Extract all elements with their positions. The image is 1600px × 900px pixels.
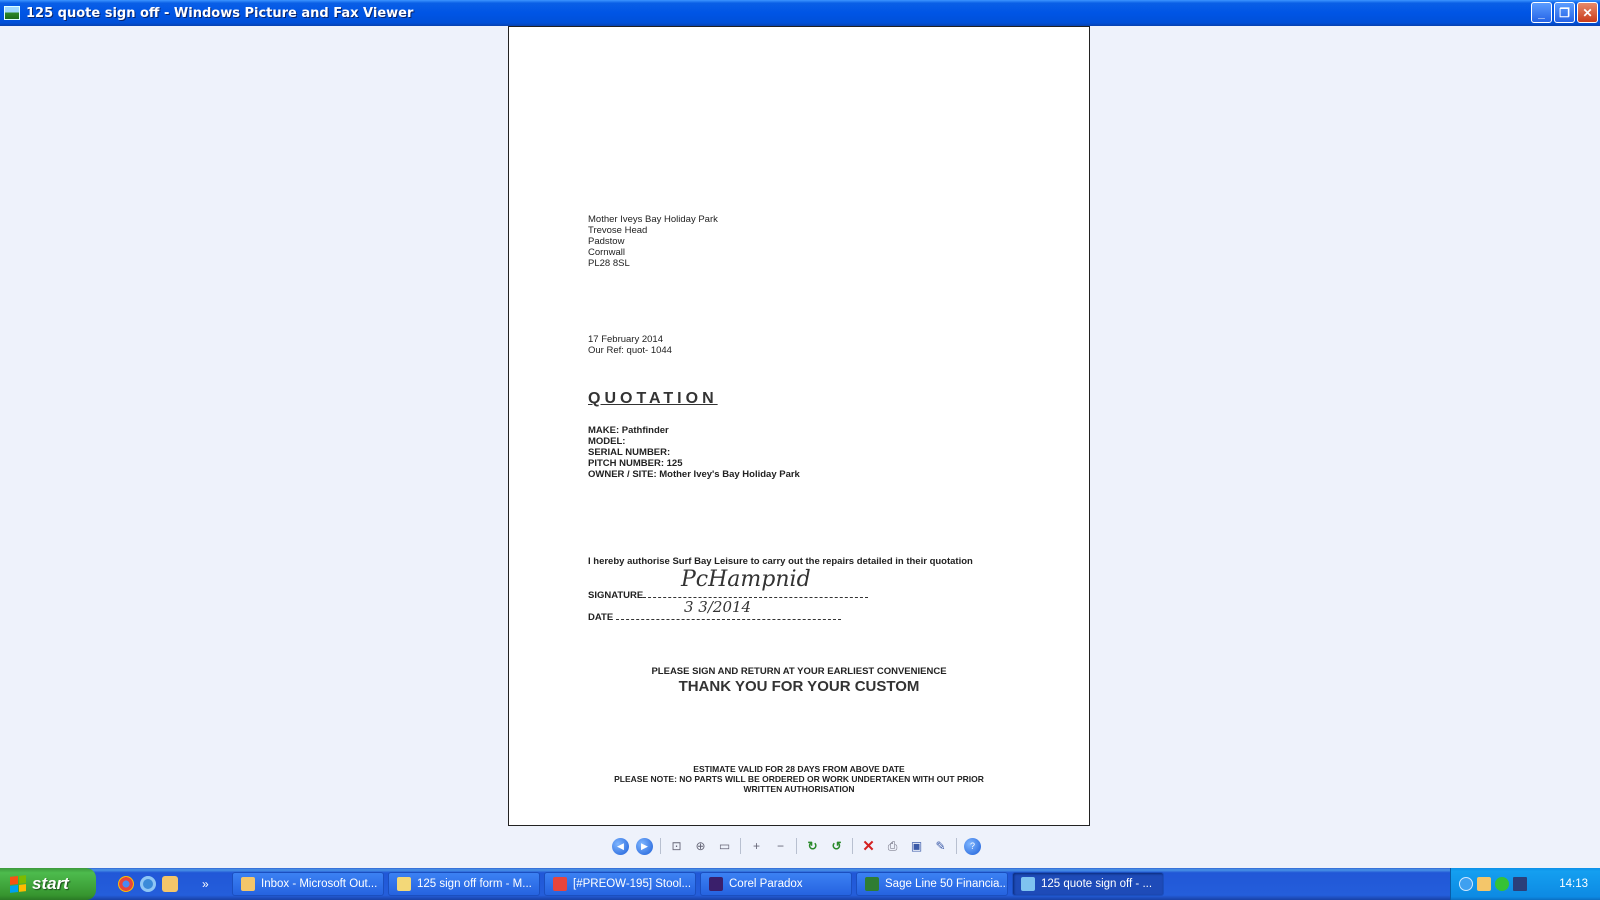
open-for-editing-button[interactable]: ✎	[932, 838, 949, 855]
please-sign-text: PLEASE SIGN AND RETURN AT YOUR EARLIEST …	[509, 666, 1089, 677]
address-line: Mother Iveys Bay Holiday Park	[588, 214, 718, 225]
title-bar[interactable]: 125 quote sign off - Windows Picture and…	[0, 0, 1600, 26]
quotation-heading: QUOTATION	[588, 390, 718, 408]
footer-line: WRITTEN AUTHORISATION	[509, 784, 1089, 794]
previous-image-button[interactable]: ◀	[612, 838, 629, 855]
task-buttons: Inbox - Microsoft Out...125 sign off for…	[232, 872, 1164, 896]
address-line: Trevose Head	[588, 225, 718, 236]
quotation-field: MAKE: Pathfinder	[588, 425, 800, 436]
handwritten-signature: PcHampnid	[681, 567, 811, 592]
slideshow-icon: ▭	[719, 839, 730, 853]
save-icon: ▣	[911, 839, 922, 853]
internet-explorer-icon[interactable]	[140, 876, 156, 892]
quotation-field: MODEL:	[588, 436, 800, 447]
save-copy-button[interactable]: ▣	[908, 838, 925, 855]
outlook-icon[interactable]	[162, 876, 178, 892]
signature-label: SIGNATURE	[588, 590, 643, 601]
quotation-fields: MAKE: PathfinderMODEL:SERIAL NUMBER:PITC…	[588, 425, 800, 480]
toolbar-separator	[956, 838, 957, 854]
monitor-icon[interactable]	[1513, 877, 1527, 891]
rotate-counterclockwise-icon: ↺	[831, 839, 841, 853]
outlook-tray-icon[interactable]	[1477, 877, 1491, 891]
zoom-out-icon: −	[777, 839, 784, 853]
quotation-field: OWNER / SITE: Mother Ivey's Bay Holiday …	[588, 469, 800, 480]
taskbar-button[interactable]: 125 quote sign off - ...	[1012, 872, 1164, 896]
quotation-field: PITCH NUMBER: 125	[588, 458, 800, 469]
close-icon: ✕	[1582, 6, 1592, 20]
recipient-address: Mother Iveys Bay Holiday ParkTrevose Hea…	[588, 214, 718, 269]
chrome-icon[interactable]	[118, 876, 134, 892]
taskbar-button-label: Sage Line 50 Financia...	[885, 878, 1008, 890]
toolbar-separator	[852, 838, 853, 854]
minimize-button[interactable]: _	[1531, 2, 1552, 23]
corel-paradox-icon	[709, 877, 723, 891]
address-line: PL28 8SL	[588, 258, 718, 269]
address-line: Padstow	[588, 236, 718, 247]
authorisation-text: I hereby authorise Surf Bay Leisure to c…	[588, 556, 973, 567]
help-icon: ?	[970, 841, 975, 851]
restore-button[interactable]: ❐	[1554, 2, 1575, 23]
picture-viewer-icon	[1021, 877, 1035, 891]
chrome-icon	[553, 877, 567, 891]
best-fit-button[interactable]: ⊡	[668, 838, 685, 855]
next-icon: ▶	[641, 841, 648, 852]
zoom-in-button[interactable]: +	[748, 838, 765, 855]
thank-you-text: THANK YOU FOR YOUR CUSTOM	[509, 678, 1089, 695]
sage-icon	[865, 877, 879, 891]
rotate-clockwise-button[interactable]: ↻	[804, 838, 821, 855]
print-icon: ⎙	[888, 839, 898, 854]
taskbar-button[interactable]: Sage Line 50 Financia...	[856, 872, 1008, 896]
zoom-in-icon: +	[753, 839, 760, 853]
restore-icon: ❐	[1559, 6, 1570, 20]
date-reference: 17 February 2014 Our Ref: quot- 1044	[588, 334, 672, 356]
delete-icon: ✕	[862, 837, 875, 855]
picture-viewer-window: 125 quote sign off - Windows Picture and…	[0, 0, 1600, 868]
rotate-clockwise-icon: ↻	[807, 839, 817, 853]
actual-size-icon: ⊕	[695, 839, 705, 853]
footer-line: ESTIMATE VALID FOR 28 DAYS FROM ABOVE DA…	[509, 764, 1089, 774]
taskbar-button[interactable]: Inbox - Microsoft Out...	[232, 872, 384, 896]
network-green-icon[interactable]	[1495, 877, 1509, 891]
taskbar-button[interactable]: 125 sign off form - M...	[388, 872, 540, 896]
close-button[interactable]: ✕	[1577, 2, 1598, 23]
print-button[interactable]: ⎙	[884, 838, 901, 855]
start-label: start	[32, 874, 69, 894]
windows-logo-icon	[10, 875, 26, 893]
our-reference: Our Ref: quot- 1044	[588, 345, 672, 356]
email-message-icon	[397, 877, 411, 891]
start-button[interactable]: start	[0, 868, 96, 900]
previous-icon: ◀	[617, 841, 624, 852]
window-title: 125 quote sign off - Windows Picture and…	[26, 6, 413, 21]
slideshow-button[interactable]: ▭	[716, 838, 733, 855]
outlook-icon	[241, 877, 255, 891]
delete-button[interactable]: ✕	[860, 838, 877, 855]
letter-date: 17 February 2014	[588, 334, 672, 345]
picture-viewer-icon	[4, 6, 20, 20]
image-viewport[interactable]: Mother Iveys Bay Holiday ParkTrevose Hea…	[0, 26, 1600, 818]
rotate-counterclockwise-button[interactable]: ↺	[828, 838, 845, 855]
back-arrow-icon[interactable]	[1459, 877, 1473, 891]
quotation-field: SERIAL NUMBER:	[588, 447, 800, 458]
taskbar-button[interactable]: [#PREOW-195] Stool...	[544, 872, 696, 896]
handwritten-date: 3 3/2014	[684, 598, 751, 616]
actual-size-button[interactable]: ⊕	[692, 838, 709, 855]
help-button[interactable]: ?	[964, 838, 981, 855]
taskbar-button-label: 125 quote sign off - ...	[1041, 878, 1152, 890]
minimize-icon: _	[1538, 6, 1545, 20]
taskbar-button-label: [#PREOW-195] Stool...	[573, 878, 691, 890]
footer-line: PLEASE NOTE: NO PARTS WILL BE ORDERED OR…	[509, 774, 1089, 784]
document-image: Mother Iveys Bay Holiday ParkTrevose Hea…	[508, 26, 1090, 826]
toolbar-separator	[740, 838, 741, 854]
quick-launch-more-button[interactable]: »	[202, 877, 209, 891]
date-label: DATE	[588, 612, 613, 623]
taskbar: start » Inbox - Microsoft Out...125 sign…	[0, 868, 1600, 900]
taskbar-button[interactable]: Corel Paradox	[700, 872, 852, 896]
edit-icon: ✎	[935, 839, 945, 853]
taskbar-button-label: Corel Paradox	[729, 878, 803, 890]
address-line: Cornwall	[588, 247, 718, 258]
viewer-toolbar: ◀▶⊡⊕▭+−↻↺✕⎙▣✎?	[612, 836, 981, 856]
taskbar-button-label: 125 sign off form - M...	[417, 878, 532, 890]
clock[interactable]: 14:13	[1559, 878, 1588, 890]
toolbar-separator	[660, 838, 661, 854]
footer-notes: ESTIMATE VALID FOR 28 DAYS FROM ABOVE DA…	[509, 764, 1089, 794]
best-fit-icon: ⊡	[671, 839, 681, 853]
taskbar-button-label: Inbox - Microsoft Out...	[261, 878, 377, 890]
quick-launch: »	[118, 876, 228, 892]
zoom-out-button[interactable]: −	[772, 838, 789, 855]
toolbar-separator	[796, 838, 797, 854]
system-tray: 14:13	[1450, 868, 1600, 900]
next-image-button[interactable]: ▶	[636, 838, 653, 855]
